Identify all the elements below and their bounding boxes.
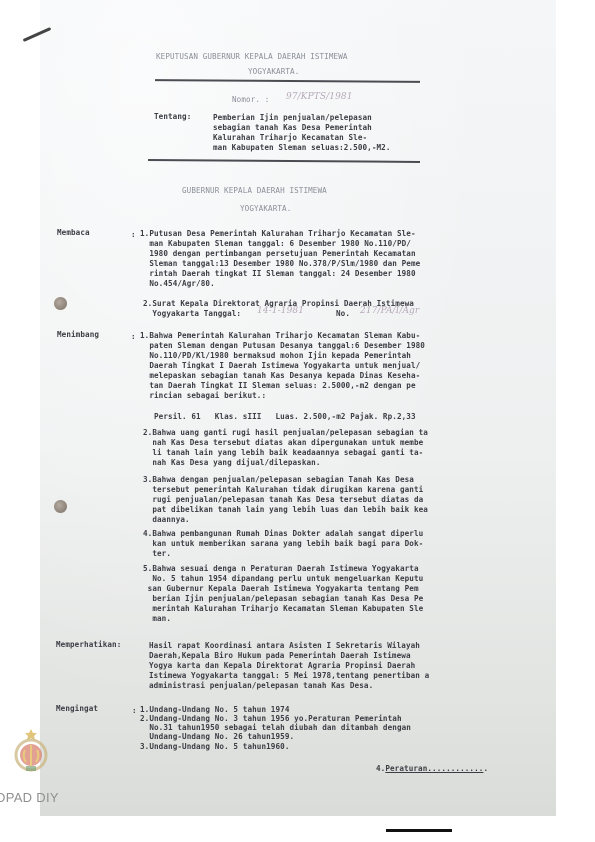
menimbang-line: man. bbox=[143, 614, 171, 624]
tentang-label: Tentang: bbox=[154, 112, 191, 122]
menimbang-line: tersebut pemerintah Kalurahan tidak diru… bbox=[143, 485, 423, 495]
menimbang-label: Menimbang bbox=[57, 330, 99, 340]
handwritten-date: 14-1-1981 bbox=[257, 307, 304, 317]
menimbang-line: rincian sebagai berikut.: bbox=[140, 391, 266, 401]
continuation-suffix: . bbox=[483, 764, 488, 773]
header-title-line2: YOGYAKARTA. bbox=[248, 67, 299, 77]
no-label: No. bbox=[336, 309, 350, 319]
menimbang-line: li tanah lain yang lebih baik keadaannya… bbox=[143, 448, 423, 458]
menimbang-line: daannya. bbox=[143, 515, 190, 525]
memperhatikan-line: Hasil rapat Koordinasi antara Asisten I … bbox=[149, 641, 420, 651]
membaca-line: man Kabupaten Sleman tanggal: 6 Desember… bbox=[140, 239, 411, 249]
handwritten-number: 217/PA/I/Agr bbox=[360, 307, 419, 317]
memperhatikan-line: administrasi penjualan/pelepasan tanah K… bbox=[149, 681, 373, 691]
tentang-line: Pemberian Ijin penjualan/pelepasan bbox=[213, 113, 372, 123]
header-title-line1: KEPUTUSAN GUBERNUR KEPALA DAERAH ISTIMEW… bbox=[156, 52, 348, 62]
membaca-label: Membaca bbox=[57, 228, 90, 238]
punch-hole-icon bbox=[54, 297, 67, 310]
menimbang-line: 2.Bahwa uang ganti rugi hasil penjualan/… bbox=[143, 428, 428, 438]
menimbang-line: merintah Kalurahan Triharjo Kecamatan Sl… bbox=[143, 604, 423, 614]
issuer-line1: GUBERNUR KEPALA DAERAH ISTIMEWA bbox=[182, 186, 327, 196]
mengingat-line: 3.Undang-Undang No. 5 tahun1960. bbox=[140, 742, 290, 752]
tentang-line: Kalurahan Triharjo Kecamatan Sle- bbox=[213, 133, 367, 143]
continuation-marker: 4.Peraturan............. bbox=[376, 764, 488, 774]
membaca-line: 1980 dengan pertimbangan persetujuan Pem… bbox=[140, 249, 416, 259]
menimbang-line: rugi penjualan/pelepasan tanah Kas Desa … bbox=[143, 495, 423, 505]
membaca-line: Yogyakarta Tanggal: bbox=[143, 309, 241, 319]
mengingat-label: Mengingat bbox=[56, 704, 98, 714]
menimbang-line: pat dibelikan tanah lain yang lebih luas… bbox=[143, 505, 428, 515]
membaca-line: No.454/Agr/80. bbox=[140, 279, 215, 289]
menimbang-line: nah Kas Desa yang dijual/dilepaskan. bbox=[143, 458, 321, 468]
menimbang-line: melepaskan sebagian tanah Kas Desanya ke… bbox=[140, 371, 420, 381]
menimbang-line: No.110/PD/Kl/1980 bermaksud mohon Ijin k… bbox=[140, 351, 411, 361]
menimbang-line: Daerah Tingkat I Daerah Istimewa Yogyaka… bbox=[140, 361, 420, 371]
nomor-value: 97/KPTS/1981 bbox=[286, 93, 353, 103]
menimbang-line: 4.Bahwa pembangunan Rumah Dinas Dokter a… bbox=[143, 529, 423, 539]
membaca-line: 1.Putusan Desa Pemerintah Kalurahan Trih… bbox=[140, 229, 416, 239]
menimbang-line: 5.Bahwa sesuai denga n Peraturan Daerah … bbox=[143, 564, 419, 574]
persil-detail: Persil. 61 Klas. sIII Luas. 2.500,-m2 Pa… bbox=[140, 412, 416, 422]
nomor-label: Nomor. : bbox=[232, 95, 269, 105]
mengingat-line: Undang-Undang No. 26 tahun1959. bbox=[140, 732, 294, 742]
mengingat-sep: : bbox=[132, 706, 137, 716]
menimbang-line: nah Kas Desa tersebut diatas akan diperg… bbox=[143, 438, 423, 448]
membaca-sep: : bbox=[131, 230, 136, 240]
membaca-line: Sleman tanggal:13 Desember 1980 No.378/P… bbox=[140, 259, 420, 269]
menimbang-line: paten Sleman dengan Putusan Desanya tang… bbox=[140, 341, 425, 351]
coat-of-arms-icon bbox=[12, 728, 50, 778]
memperhatikan-line: Yogya karta dan Kepala Direktorat Agrari… bbox=[149, 661, 415, 671]
menimbang-line: ter. bbox=[143, 549, 171, 559]
menimbang-line: tan Daerah Tingkat II Sleman seluas: 2.5… bbox=[140, 381, 416, 391]
continuation-prefix: 4. bbox=[376, 764, 385, 773]
watermark-text: DPAD DIY bbox=[0, 790, 59, 805]
menimbang-line: 1.Bahwa Pemerintah Kalurahan Triharjo Ke… bbox=[140, 331, 420, 341]
tentang-line: man Kabupaten Sleman seluas:2.500,-M2. bbox=[213, 143, 391, 153]
membaca-line: rintah Daerah tingkat II Sleman tanggal:… bbox=[140, 269, 416, 279]
menimbang-line: kan untuk memberikan sarana yang lebih b… bbox=[143, 539, 423, 549]
memperhatikan-label: Memperhatikan: bbox=[56, 640, 121, 650]
punch-hole-icon bbox=[54, 500, 67, 513]
memperhatikan-line: Daerah,Kepala Biro Hukum pada Pemerintah… bbox=[149, 651, 411, 661]
tentang-line: sebagian tanah Kas Desa Pemerintah bbox=[213, 123, 372, 133]
issuer-line2: YOGYAKARTA. bbox=[240, 204, 291, 214]
memperhatikan-line: Istimewa Yogyakarta tanggal: 5 Mei 1978,… bbox=[149, 671, 429, 681]
menimbang-line: 3.Bahwa dengan penjualan/pelepasan sebag… bbox=[143, 475, 414, 485]
menimbang-sep: : bbox=[131, 332, 136, 342]
menimbang-line: No. 5 tahun 1954 dipandang perlu untuk m… bbox=[143, 574, 423, 584]
bottom-divider-bar bbox=[386, 829, 452, 832]
continuation-text: Peraturan............ bbox=[385, 764, 483, 773]
menimbang-line: san Gubernur Kepala Daerah Istimewa Yogy… bbox=[143, 584, 419, 594]
menimbang-line: berian Ijin penjualan/pelepasan sebagian… bbox=[143, 594, 423, 604]
